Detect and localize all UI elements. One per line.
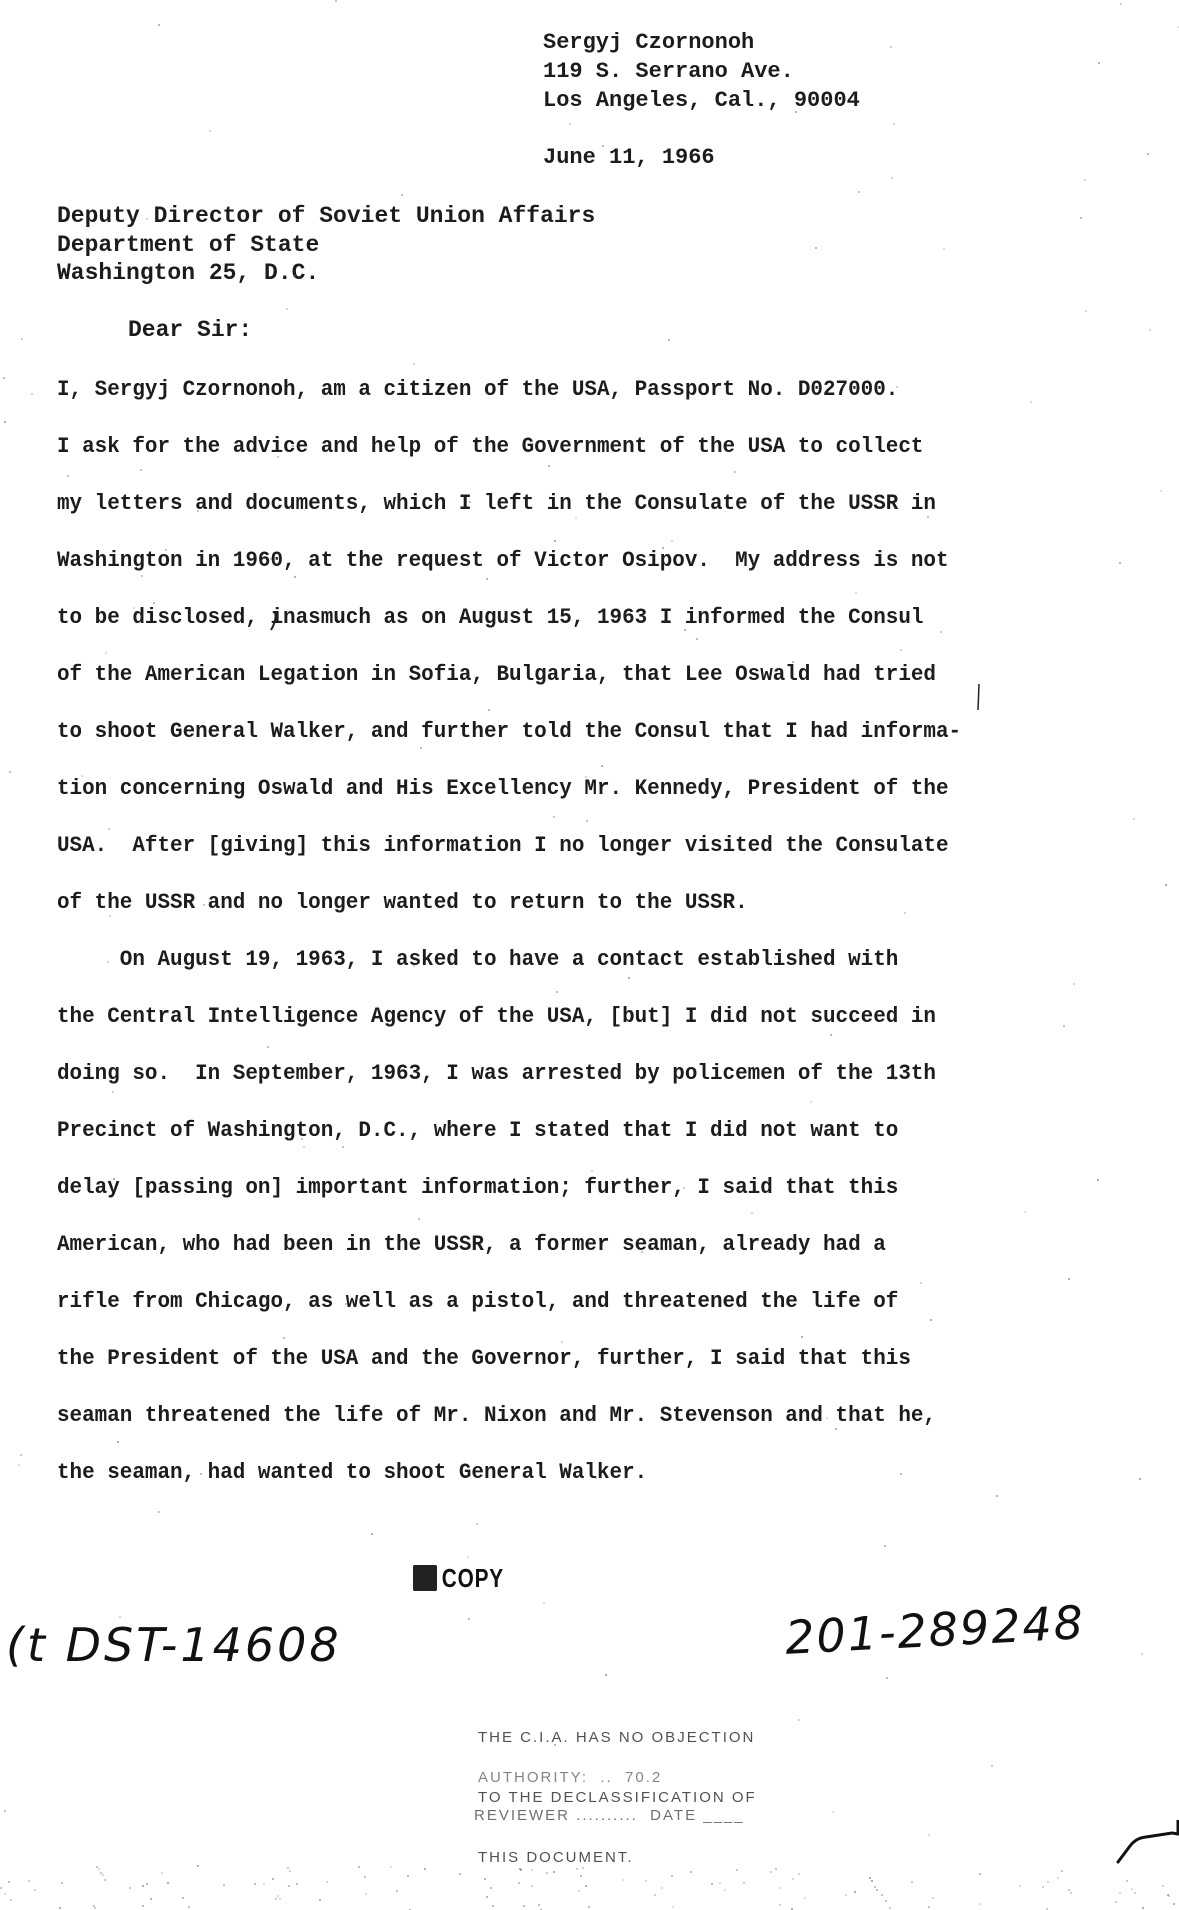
- noise-speck: [283, 1337, 285, 1339]
- authority-line: AUTHORITY: .. 70.2: [478, 1768, 662, 1788]
- noise-speck: [591, 1170, 593, 1172]
- noise-speck: [628, 977, 630, 979]
- body-line: tion concerning Oswald and His Excellenc…: [57, 775, 949, 801]
- noise-speck: [1131, 1888, 1133, 1890]
- noise-speck: [774, 957, 776, 959]
- noise-speck: [1047, 1881, 1049, 1883]
- noise-speck: [1063, 1025, 1065, 1027]
- noise-speck: [586, 820, 588, 822]
- noise-speck: [4, 421, 6, 423]
- noise-speck: [991, 1765, 993, 1767]
- noise-speck: [4, 1810, 6, 1812]
- noise-speck: [105, 652, 107, 654]
- noise-speck: [1160, 490, 1162, 492]
- noise-speck: [279, 1898, 281, 1900]
- noise-speck: [845, 1894, 847, 1896]
- noise-speck: [270, 558, 272, 560]
- noise-speck: [401, 194, 403, 196]
- noise-speck: [133, 607, 135, 609]
- noise-speck: [1139, 1478, 1141, 1480]
- letter-date: June 11, 1966: [543, 143, 715, 172]
- handwritten-note-right: 201-289248: [784, 1595, 1086, 1665]
- declassification-stamp: THE C.I.A. HAS NO OBJECTION TO THE DECLA…: [478, 1688, 757, 1908]
- noise-speck: [418, 1218, 420, 1220]
- noise-speck: [396, 1890, 398, 1892]
- noise-speck: [459, 1873, 461, 1875]
- noise-speck: [561, 1341, 563, 1343]
- noise-speck: [979, 1903, 981, 1905]
- body-line: USA. After [giving] this information I n…: [57, 832, 949, 858]
- noise-speck: [1126, 1880, 1128, 1882]
- noise-speck: [890, 46, 892, 48]
- noise-speck: [801, 1336, 803, 1338]
- body-line: my letters and documents, which I left i…: [57, 490, 936, 516]
- noise-speck: [486, 1896, 488, 1898]
- noise-speck: [1119, 562, 1121, 564]
- noise-speck: [94, 1907, 96, 1909]
- noise-speck: [779, 1904, 781, 1906]
- body-line: On August 19, 1963, I asked to have a co…: [57, 946, 898, 972]
- noise-speck: [1080, 217, 1082, 219]
- noise-speck: [161, 1872, 163, 1874]
- noise-speck: [553, 816, 555, 818]
- noise-speck: [795, 111, 797, 113]
- noise-speck: [1115, 1901, 1117, 1903]
- noise-speck: [665, 1306, 667, 1308]
- correction-mark: [269, 610, 279, 632]
- noise-speck: [98, 1868, 100, 1870]
- noise-speck: [1085, 310, 1087, 312]
- noise-speck: [1061, 1870, 1063, 1872]
- noise-speck: [140, 469, 142, 471]
- noise-speck: [770, 1871, 772, 1873]
- reviewer-line: REVIEWER .......... DATE ____: [474, 1806, 745, 1826]
- noise-speck: [364, 1876, 366, 1878]
- document-page: Sergyj Czornonoh 119 S. Serrano Ave. Los…: [0, 0, 1179, 1910]
- noise-speck: [531, 1869, 533, 1871]
- noise-speck: [928, 1834, 930, 1836]
- recipient-line-1: Deputy Director of Soviet Union Affairs: [57, 202, 595, 231]
- noise-speck: [792, 1878, 794, 1880]
- noise-speck: [413, 965, 415, 967]
- noise-speck: [881, 1894, 883, 1896]
- noise-speck: [684, 629, 686, 631]
- noise-speck: [1168, 1895, 1170, 1897]
- noise-speck: [116, 1354, 118, 1356]
- body-line: seaman threatened the life of Mr. Nixon …: [57, 1402, 936, 1428]
- noise-speck: [254, 1883, 256, 1885]
- noise-speck: [335, 0, 337, 2]
- noise-speck: [885, 1900, 887, 1902]
- body-line: the Central Intelligence Agency of the U…: [57, 1003, 936, 1029]
- noise-speck: [928, 1906, 930, 1908]
- noise-speck: [671, 540, 673, 542]
- noise-speck: [810, 1101, 812, 1103]
- noise-speck: [263, 1883, 265, 1885]
- noise-speck: [1173, 1903, 1175, 1905]
- noise-speck: [277, 456, 279, 458]
- noise-speck: [605, 1674, 607, 1676]
- noise-speck: [876, 1889, 878, 1891]
- noise-speck: [1042, 1886, 1044, 1888]
- noise-speck: [585, 1885, 587, 1887]
- noise-speck: [553, 1871, 555, 1873]
- noise-speck: [1097, 1179, 1099, 1181]
- noise-speck: [891, 177, 893, 179]
- noise-speck: [413, 363, 415, 365]
- noise-speck: [1030, 401, 1032, 403]
- noise-speck: [104, 1879, 106, 1881]
- sender-street: 119 S. Serrano Ave.: [543, 57, 794, 86]
- noise-speck: [21, 338, 23, 340]
- noise-speck: [588, 1906, 590, 1908]
- noise-speck: [855, 592, 857, 594]
- stamp-logo-icon: [413, 1565, 437, 1591]
- noise-speck: [67, 475, 69, 477]
- noise-speck: [893, 123, 895, 125]
- noise-speck: [170, 272, 172, 274]
- insertion-caret-mark: [975, 682, 983, 712]
- noise-speck: [1134, 1892, 1136, 1894]
- noise-speck: [1046, 1908, 1048, 1910]
- noise-speck: [8, 1881, 10, 1883]
- noise-speck: [468, 1618, 470, 1620]
- noise-speck: [979, 1873, 981, 1875]
- noise-speck: [1133, 818, 1135, 820]
- noise-speck: [371, 1533, 373, 1535]
- noise-speck: [1141, 1653, 1143, 1655]
- body-line: delay [passing on] important information…: [57, 1174, 898, 1200]
- noise-speck: [645, 1880, 647, 1882]
- noise-speck: [0, 1887, 2, 1889]
- noise-speck: [31, 393, 33, 395]
- noise-speck: [488, 709, 490, 711]
- noise-speck: [34, 1889, 36, 1891]
- noise-speck: [345, 1303, 347, 1305]
- noise-speck: [874, 1886, 876, 1888]
- noise-speck: [996, 1495, 998, 1497]
- noise-speck: [18, 1464, 20, 1466]
- noise-speck: [830, 1034, 832, 1036]
- noise-speck: [9, 771, 11, 773]
- noise-speck: [854, 1891, 856, 1893]
- noise-speck: [3, 377, 5, 379]
- noise-speck: [930, 1319, 932, 1321]
- noise-speck: [601, 765, 603, 767]
- noise-speck: [288, 1885, 290, 1887]
- body-line: I ask for the advice and help of the Gov…: [57, 433, 923, 459]
- noise-speck: [543, 1602, 545, 1604]
- salutation: Dear Sir:: [128, 316, 252, 345]
- noise-speck: [1120, 3, 1122, 5]
- noise-speck: [886, 1677, 888, 1679]
- noise-speck: [871, 1880, 873, 1882]
- noise-speck: [319, 1899, 321, 1901]
- noise-speck: [832, 1811, 834, 1813]
- body-line: of the USSR and no longer wanted to retu…: [57, 889, 748, 915]
- noise-speck: [289, 1870, 291, 1872]
- noise-speck: [1147, 153, 1149, 155]
- body-line: to be disclosed, inasmuch as on August 1…: [57, 604, 923, 630]
- noise-speck: [889, 1907, 891, 1909]
- noise-speck: [835, 1428, 837, 1430]
- noise-speck: [546, 1872, 548, 1874]
- noise-speck: [287, 1867, 289, 1869]
- body-line: the seaman, had wanted to shoot General …: [57, 1459, 647, 1485]
- noise-speck: [734, 471, 736, 473]
- noise-speck: [884, 1545, 886, 1547]
- noise-speck: [1073, 983, 1075, 985]
- noise-speck: [296, 1883, 298, 1885]
- noise-speck: [1024, 1211, 1026, 1213]
- body-line: doing so. In September, 1963, I was arre…: [57, 1060, 936, 1086]
- noise-speck: [920, 1282, 922, 1284]
- noise-speck: [28, 1880, 30, 1882]
- noise-speck: [798, 1873, 800, 1875]
- noise-speck: [188, 1906, 190, 1908]
- noise-speck: [1098, 62, 1100, 64]
- noise-speck: [102, 1874, 104, 1876]
- noise-speck: [109, 915, 111, 917]
- noise-speck: [267, 1046, 269, 1048]
- noise-speck: [303, 1146, 305, 1148]
- noise-speck: [112, 1091, 114, 1093]
- noise-speck: [804, 1897, 806, 1899]
- noise-speck: [943, 248, 945, 250]
- noise-speck: [569, 123, 571, 125]
- noise-speck: [779, 1887, 781, 1889]
- noise-speck: [661, 1887, 663, 1889]
- noise-speck: [158, 1511, 160, 1513]
- noise-speck: [59, 1907, 61, 1909]
- recipient-line-2: Department of State: [57, 231, 319, 260]
- noise-speck: [556, 991, 558, 993]
- noise-speck: [390, 1866, 392, 1868]
- noise-speck: [911, 1881, 913, 1883]
- noise-speck: [108, 828, 110, 830]
- noise-speck: [736, 1869, 738, 1871]
- noise-speck: [1162, 1885, 1164, 1887]
- noise-speck: [904, 912, 906, 914]
- noise-speck: [711, 1883, 713, 1885]
- noise-speck: [4, 1893, 6, 1895]
- recipient-line-3: Washington 25, D.C.: [57, 259, 319, 288]
- noise-speck: [424, 1868, 426, 1870]
- noise-speck: [554, 540, 556, 542]
- noise-speck: [858, 191, 860, 193]
- noise-speck: [358, 1866, 360, 1868]
- noise-speck: [576, 1868, 578, 1870]
- sender-city: Los Angeles, Cal., 90004: [543, 86, 860, 115]
- noise-speck: [275, 1898, 277, 1900]
- noise-speck: [1068, 1889, 1070, 1891]
- noise-speck: [407, 1875, 409, 1877]
- body-line: to shoot General Walker, and further tol…: [57, 718, 961, 744]
- noise-speck: [158, 24, 160, 26]
- copy-stamp: COPY: [413, 1563, 504, 1594]
- handwritten-note-left: (t DST-14608: [6, 1618, 342, 1672]
- noise-speck: [342, 1146, 344, 1148]
- noise-speck: [815, 247, 817, 249]
- declass-line-2: TO THE DECLASSIFICATION OF: [478, 1788, 757, 1808]
- noise-speck: [696, 638, 698, 640]
- noise-speck: [207, 1247, 209, 1249]
- noise-speck: [575, 517, 577, 519]
- noise-speck: [1165, 884, 1167, 886]
- noise-speck: [476, 1523, 478, 1525]
- body-line: American, who had been in the USSR, a fo…: [57, 1231, 886, 1257]
- noise-speck: [1149, 329, 1151, 331]
- pen-mark: [1110, 1820, 1179, 1880]
- noise-speck: [182, 1897, 184, 1899]
- noise-speck: [1068, 1278, 1070, 1280]
- noise-speck: [272, 1878, 274, 1880]
- noise-speck: [932, 1897, 934, 1899]
- noise-speck: [141, 575, 143, 577]
- copy-label: COPY: [442, 1563, 504, 1593]
- noise-speck: [1119, 1892, 1121, 1894]
- noise-speck: [420, 747, 422, 749]
- noise-speck: [775, 1868, 777, 1870]
- body-line: rifle from Chicago, as well as a pistol,…: [57, 1288, 898, 1314]
- noise-speck: [1057, 1877, 1059, 1879]
- declass-line-1: THE C.I.A. HAS NO OBJECTION: [478, 1728, 757, 1748]
- noise-speck: [223, 1884, 225, 1886]
- noise-speck: [365, 1893, 367, 1895]
- noise-speck: [1070, 1892, 1072, 1894]
- noise-speck: [20, 1454, 22, 1456]
- noise-speck: [940, 631, 942, 633]
- noise-speck: [10, 1899, 12, 1901]
- noise-speck: [142, 1885, 144, 1887]
- noise-speck: [294, 576, 296, 578]
- noise-speck: [286, 308, 288, 310]
- noise-speck: [869, 1877, 871, 1879]
- noise-speck: [751, 1212, 753, 1214]
- noise-speck: [146, 1883, 148, 1885]
- noise-speck: [486, 578, 488, 580]
- body-line: I, Sergyj Czornonoh, am a citizen of the…: [57, 376, 898, 402]
- noise-speck: [548, 465, 550, 467]
- noise-speck: [467, 1556, 469, 1558]
- noise-speck: [1084, 179, 1086, 181]
- noise-speck: [129, 1887, 131, 1889]
- body-line: Precinct of Washington, D.C., where I st…: [57, 1117, 898, 1143]
- noise-speck: [602, 145, 604, 147]
- noise-speck: [61, 1882, 63, 1884]
- noise-speck: [142, 1905, 144, 1907]
- noise-speck: [197, 1865, 199, 1867]
- noise-speck: [927, 516, 929, 518]
- sender-name: Sergyj Czornonoh: [543, 28, 754, 57]
- noise-speck: [798, 1719, 800, 1721]
- noise-speck: [326, 1881, 328, 1883]
- noise-speck: [900, 1473, 902, 1475]
- noise-speck: [167, 1882, 169, 1884]
- noise-speck: [1142, 1907, 1144, 1909]
- declass-line-3: THIS DOCUMENT.: [478, 1848, 757, 1868]
- body-line: of the American Legation in Sofia, Bulga…: [57, 661, 936, 687]
- noise-speck: [277, 1895, 279, 1897]
- noise-speck: [146, 218, 148, 220]
- noise-speck: [668, 339, 670, 341]
- noise-speck: [209, 130, 211, 132]
- noise-speck: [117, 1441, 119, 1443]
- body-line: the President of the USA and the Governo…: [57, 1345, 911, 1371]
- noise-speck: [662, 547, 664, 549]
- noise-speck: [1019, 1885, 1021, 1887]
- body-line: Washington in 1960, at the request of Vi…: [57, 547, 949, 573]
- noise-speck: [150, 1898, 152, 1900]
- noise-speck: [900, 649, 902, 651]
